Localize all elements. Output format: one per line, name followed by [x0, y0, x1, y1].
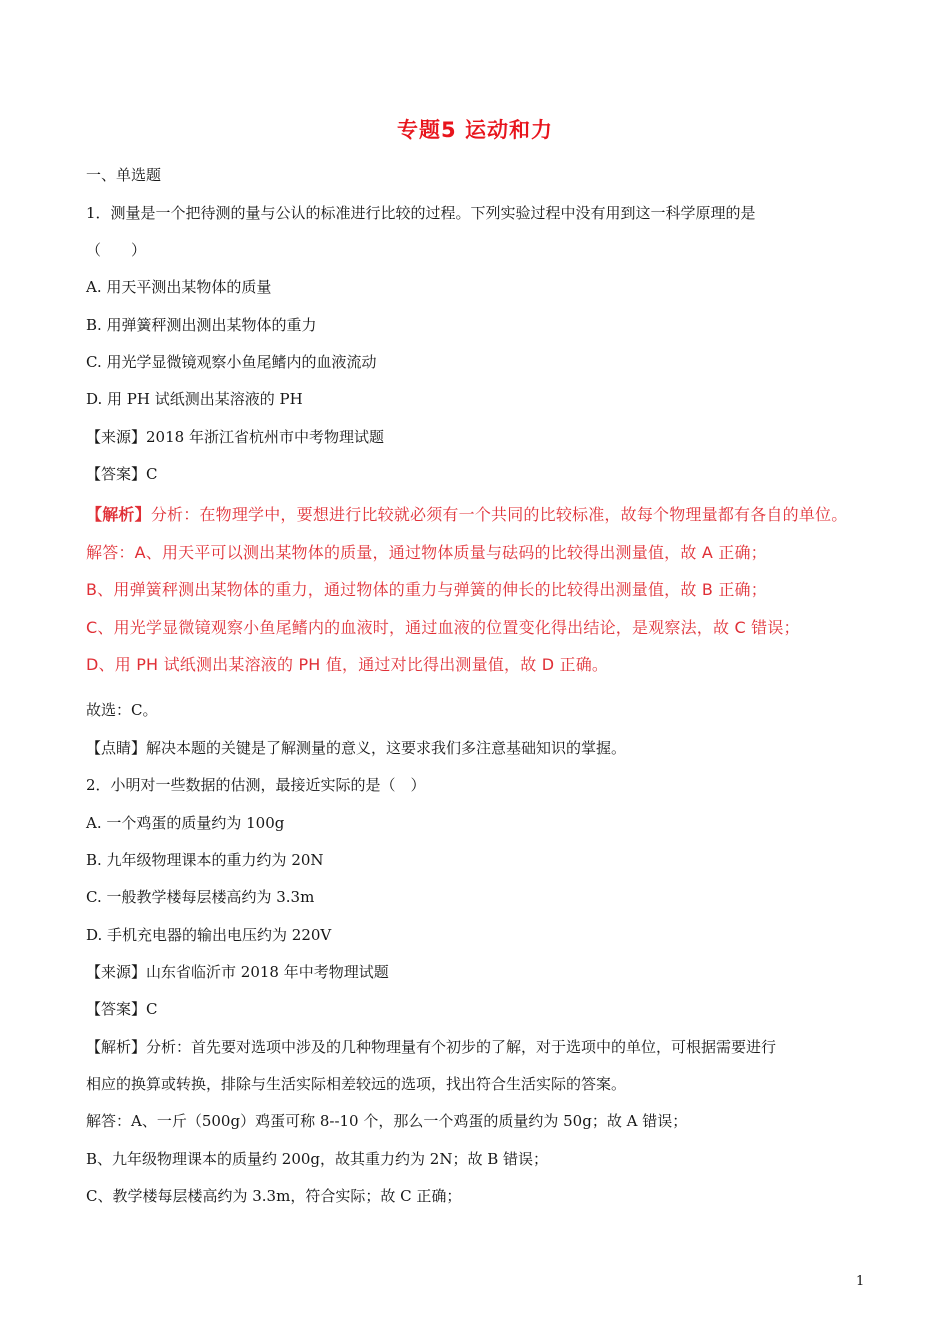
q2-analysis-line5: C、教学楼每层楼高约为 3.3m，符合实际；故 C 正确； — [86, 1186, 461, 1206]
q1-option-a: A. 用天平测出某物体的质量 — [86, 277, 271, 297]
q2-option-a: A. 一个鸡蛋的质量约为 100g — [86, 813, 284, 833]
q1-analysis-label: 【解析】 — [86, 505, 151, 524]
q2-option-c: C. 一般教学楼每层楼高约为 3.3m — [86, 887, 314, 907]
q2-analysis-line2: 相应的换算或转换，排除与生活实际相差较远的选项，找出符合生活实际的答案。 — [86, 1074, 626, 1094]
q2-analysis-line4: B、九年级物理课本的质量约 200g，故其重力约为 2N；故 B 错误； — [86, 1149, 548, 1169]
q1-analysis-line5: D、用 PH 试纸测出某溶液的 PH 值，通过对比得出测量值，故 D 正确。 — [86, 655, 608, 675]
q1-analysis-line1: 【解析】分析：在物理学中，要想进行比较就必须有一个共同的比较标准，故每个物理量都… — [86, 505, 847, 525]
q1-stem-line2: （ ） — [86, 240, 146, 260]
q1-option-c: C. 用光学显微镜观察小鱼尾鳍内的血液流动 — [86, 352, 376, 372]
q2-option-b: B. 九年级物理课本的重力约为 20N — [86, 850, 324, 870]
q1-analysis-line4: C、用光学显微镜观察小鱼尾鳍内的血液时，通过血液的位置变化得出结论，是观察法，故… — [86, 618, 800, 638]
q2-answer: 【答案】C — [86, 999, 157, 1019]
q1-answer: 【答案】C — [86, 464, 157, 484]
q1-stem-line1: 1．测量是一个把待测的量与公认的标准进行比较的过程。下列实验过程中没有用到这一科… — [86, 203, 756, 223]
q1-analysis-line2: 解答：A、用天平可以测出某物体的质量，通过物体质量与砝码的比较得出测量值，故 A… — [86, 543, 767, 563]
q1-analysis-text: 分析：在物理学中，要想进行比较就必须有一个共同的比较标准，故每个物理量都有各自的… — [151, 505, 848, 524]
page-title: 专题5 运动和力 — [0, 114, 950, 144]
page-number: 1 — [856, 1274, 864, 1289]
q2-analysis-line1: 【解析】分析：首先要对选项中涉及的几种物理量有个初步的了解，对于选项中的单位，可… — [86, 1037, 776, 1057]
q2-stem: 2．小明对一些数据的估测，最接近实际的是（ ） — [86, 775, 426, 795]
q1-comment: 【点睛】解决本题的关键是了解测量的意义，这要求我们多注意基础知识的掌握。 — [86, 738, 626, 758]
q1-option-d: D. 用 PH 试纸测出某溶液的 PH — [86, 389, 303, 409]
q2-analysis-line3: 解答：A、一斤（500g）鸡蛋可称 8--10 个，那么一个鸡蛋的质量约为 50… — [86, 1111, 687, 1131]
q1-source: 【来源】2018 年浙江省杭州市中考物理试题 — [86, 427, 384, 447]
q1-option-b: B. 用弹簧秤测出测出某物体的重力 — [86, 315, 317, 335]
q2-source: 【来源】山东省临沂市 2018 年中考物理试题 — [86, 962, 389, 982]
q1-choice: 故选：C。 — [86, 700, 157, 720]
q1-analysis-line3: B、用弹簧秤测出某物体的重力，通过物体的重力与弹簧的伸长的比较得出测量值，故 B… — [86, 580, 767, 600]
q2-option-d: D. 手机充电器的输出电压约为 220V — [86, 925, 331, 945]
section-heading: 一、单选题 — [86, 165, 161, 185]
